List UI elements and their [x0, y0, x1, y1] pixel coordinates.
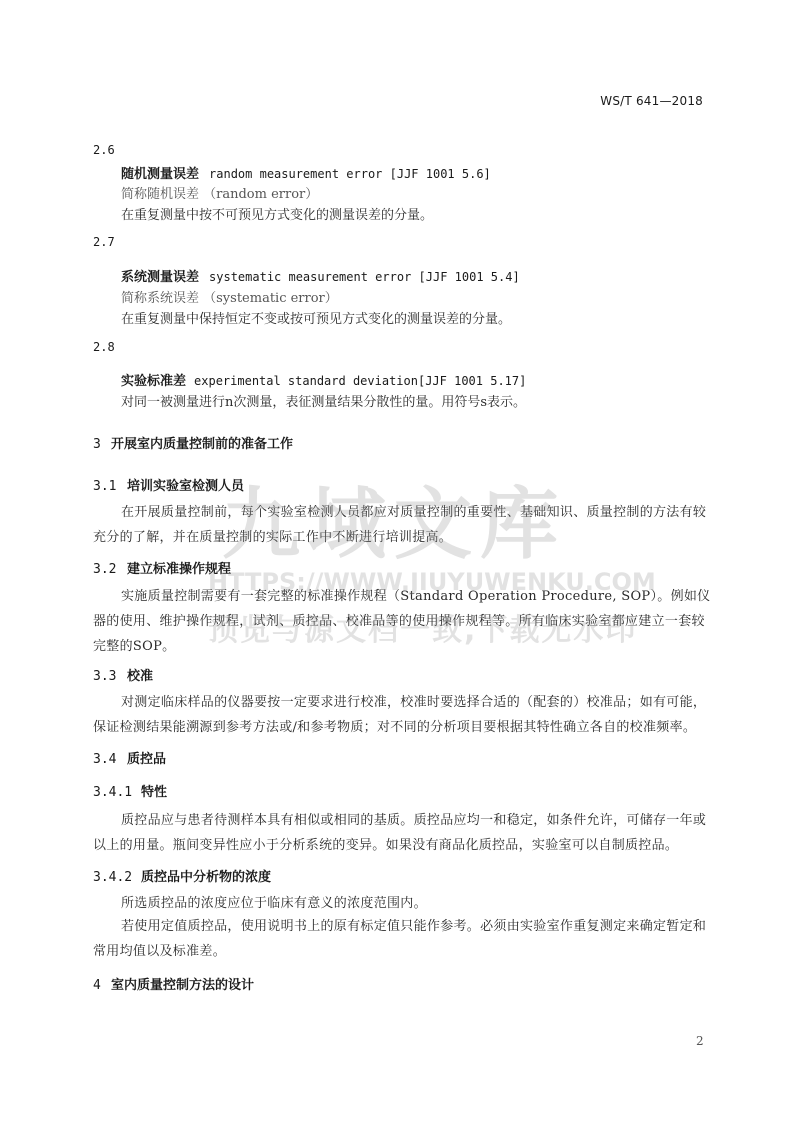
section-heading-3-2: 3.2建立标准操作规程 — [93, 558, 231, 577]
section-number: 3.1 — [93, 479, 127, 494]
term-zh: 实验标准差 — [121, 374, 186, 389]
section-number: 3 — [93, 437, 111, 452]
section-heading-3-4-2: 3.4.2质控品中分析物的浓度 — [93, 866, 271, 885]
term-en: experimental standard deviation[JJF 1001… — [194, 374, 526, 388]
section-heading-4: 4室内质量控制方法的设计 — [93, 974, 254, 993]
term-en: random measurement error [JJF 1001 5.6] — [209, 167, 491, 181]
paragraph-3-4-2-b: 若使用定值质控品，使用说明书上的原有标定值只能作参考。必须由实验室作重复测定来确… — [93, 914, 715, 964]
term-2-8: 实验标准差experimental standard deviation[JJF… — [121, 370, 526, 389]
page-number: 2 — [696, 1034, 704, 1048]
clause-number-2-7: 2.7 — [93, 235, 115, 249]
section-heading-3-4-1: 3.4.1特性 — [93, 781, 167, 800]
section-number: 3.4.1 — [93, 785, 141, 800]
term-en: systematic measurement error [JJF 1001 5… — [209, 270, 520, 284]
paragraph-3-3: 对测定临床样品的仪器要按一定要求进行校准，校准时要选择合适的（配套的）校准品；如… — [93, 690, 715, 740]
document-page: WS/T 641—2018 2.6 随机测量误差random measureme… — [0, 0, 793, 1122]
section-number: 3.3 — [93, 669, 127, 684]
section-number: 4 — [93, 978, 111, 993]
section-heading-3-3: 3.3校准 — [93, 665, 153, 684]
term-abbrev: 简称系统误差 （systematic error） — [121, 287, 338, 306]
section-title: 建立标准操作规程 — [127, 562, 231, 577]
section-heading-3-1: 3.1培训实验室检测人员 — [93, 475, 244, 494]
clause-number-2-6: 2.6 — [93, 143, 115, 157]
paragraph-3-4-1: 质控品应与患者待测样本具有相似或相同的基质。质控品应均一和稳定，如条件允许，可储… — [93, 808, 715, 858]
term-2-6: 随机测量误差random measurement error [JJF 1001… — [121, 163, 491, 182]
term-definition: 在重复测量中保持恒定不变或按可预见方式变化的测量误差的分量。 — [121, 308, 511, 327]
section-number: 3.2 — [93, 562, 127, 577]
paragraph-3-2: 实施质量控制需要有一套完整的标准操作规程（Standard Operation … — [93, 584, 715, 659]
section-number: 3.4.2 — [93, 870, 141, 885]
term-zh: 随机测量误差 — [121, 167, 199, 182]
section-title: 质控品 — [127, 752, 166, 767]
section-heading-3-4: 3.4质控品 — [93, 748, 166, 767]
section-title: 校准 — [127, 669, 153, 684]
term-2-7: 系统测量误差systematic measurement error [JJF … — [121, 266, 520, 285]
section-title: 开展室内质量控制前的准备工作 — [111, 437, 293, 452]
paragraph-3-1: 在开展质量控制前，每个实验室检测人员都应对质量控制的重要性、基础知识、质量控制的… — [93, 500, 715, 550]
term-definition: 在重复测量中按不可预见方式变化的测量误差的分量。 — [121, 204, 433, 223]
document-code: WS/T 641—2018 — [600, 94, 703, 108]
section-title: 质控品中分析物的浓度 — [141, 870, 271, 885]
paragraph-3-4-2-a: 所选质控品的浓度应位于临床有意义的浓度范围内。 — [93, 891, 715, 916]
term-definition: 对同一被测量进行n次测量，表征测量结果分散性的量。用符号s表示。 — [121, 391, 526, 410]
term-zh: 系统测量误差 — [121, 270, 199, 285]
term-abbrev: 简称随机误差 （random error） — [121, 183, 318, 202]
section-title: 培训实验室检测人员 — [127, 479, 244, 494]
section-title: 特性 — [141, 785, 167, 800]
section-number: 3.4 — [93, 752, 127, 767]
section-title: 室内质量控制方法的设计 — [111, 978, 254, 993]
clause-number-2-8: 2.8 — [93, 340, 115, 354]
section-heading-3: 3开展室内质量控制前的准备工作 — [93, 433, 293, 452]
